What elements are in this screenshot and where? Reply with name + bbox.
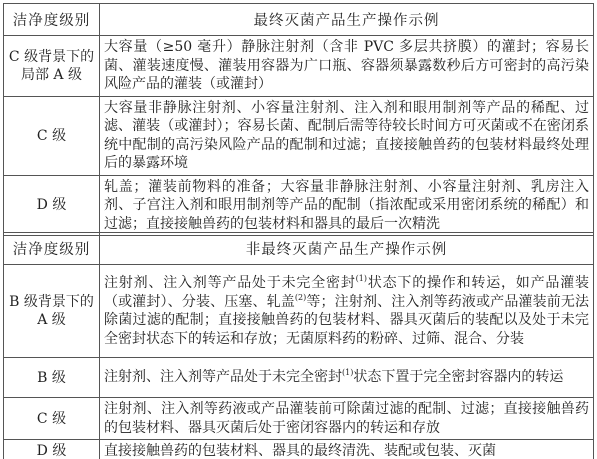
description-cell: 轧盖；灌装前物料的准备；大容量非静脉注射剂、小容量注射剂、乳房注入剂、子宫注入剂… [100,175,594,236]
level-cell: D 级 [4,440,100,459]
level-cell: B 级背景下的 A 级 [4,265,100,358]
header-cleanliness-level: 洁净度级别 [4,233,100,265]
description-cell: 注射剂、注入剂等产品处于未完全密封(1)状态下置于完全密封容器内的转运 [100,358,594,398]
level-text: C 级背景下的局部 A 级 [9,49,94,83]
text-segment: 注射剂、注入剂等产品处于未完全密封 [104,275,356,291]
table-row: C 级 注射剂、注入剂等药液或产品灌装前可除菌过滤的配制、过滤；直接接触兽药的包… [4,398,594,440]
level-cell: C 级背景下的局部 A 级 [4,36,100,97]
description-cell: 大容量（≥50 毫升）静脉注射剂（含非 PVC 多层共挤膜）的灌封；容易长菌、灌… [100,36,594,97]
footnote-ref-1: (1) [356,274,367,283]
non-terminal-sterilization-table: 洁净度级别 非最终灭菌产品生产操作示例 B 级背景下的 A 级 注射剂、注入剂等… [3,232,594,459]
level-cell: D 级 [4,175,100,236]
footnote-ref-2: (2) [295,293,306,302]
table-row: C 级 大容量非静脉注射剂、小容量注射剂、注入剂和眼用制剂等产品的稀配、过滤、灌… [4,96,594,175]
table-row: B 级背景下的 A 级 注射剂、注入剂等产品处于未完全密封(1)状态下的操作和转… [4,265,594,358]
description-cell: 注射剂、注入剂等产品处于未完全密封(1)状态下的操作和转运，如产品灌装（或灌封）… [100,265,594,358]
level-cell: C 级 [4,96,100,175]
header-cleanliness-level: 洁净度级别 [4,4,100,36]
table-row: B 级 注射剂、注入剂等产品处于未完全密封(1)状态下置于完全密封容器内的转运 [4,358,594,398]
table-row: D 级 轧盖；灌装前物料的准备；大容量非静脉注射剂、小容量注射剂、乳房注入剂、子… [4,175,594,236]
table-row: D 级 直接接触兽药的包装材料、器具的最终清洗、装配或包装、灭菌 [4,440,594,459]
level-cell: C 级 [4,398,100,440]
header-operation-examples: 非最终灭菌产品生产操作示例 [100,233,594,265]
table-row: C 级背景下的局部 A 级 大容量（≥50 毫升）静脉注射剂（含非 PVC 多层… [4,36,594,97]
level-cell: B 级 [4,358,100,398]
description-cell: 直接接触兽药的包装材料、器具的最终清洗、装配或包装、灭菌 [100,440,594,459]
table-header-row: 洁净度级别 非最终灭菌产品生产操作示例 [4,233,594,265]
terminal-sterilization-table: 洁净度级别 最终灭菌产品生产操作示例 C 级背景下的局部 A 级 大容量（≥50… [3,3,594,236]
table-header-row: 洁净度级别 最终灭菌产品生产操作示例 [4,4,594,36]
text-segment: 状态下置于完全密封容器内的转运 [353,369,563,385]
text-segment: 注射剂、注入剂等产品处于未完全密封 [104,369,342,385]
description-cell: 注射剂、注入剂等药液或产品灌装前可除菌过滤的配制、过滤；直接接触兽药的包装材料、… [100,398,594,440]
description-cell: 大容量非静脉注射剂、小容量注射剂、注入剂和眼用制剂等产品的稀配、过滤、灌装（或灌… [100,96,594,175]
footnote-ref-1: (1) [342,368,353,377]
header-operation-examples: 最终灭菌产品生产操作示例 [100,4,594,36]
